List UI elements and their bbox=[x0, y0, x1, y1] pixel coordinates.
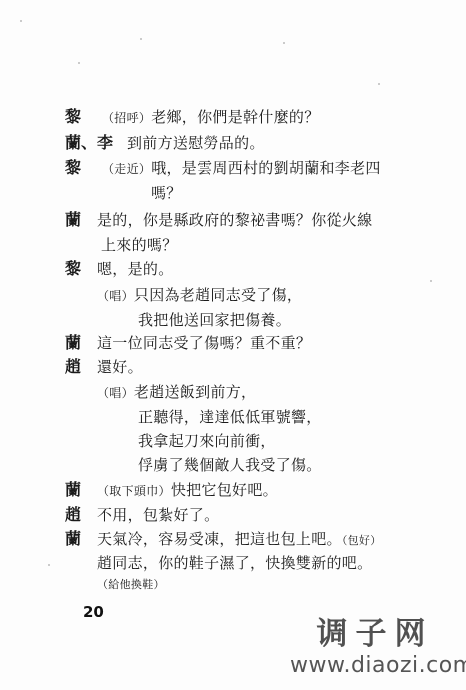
dialogue-text: 我把他送回家把傷養。 bbox=[138, 308, 291, 332]
dialogue-line: 俘虜了幾個敵人我受了傷。 bbox=[0, 453, 466, 477]
dialogue-text: 正聽得，達達低低軍號響， bbox=[138, 405, 322, 429]
dialogue-text: 趙同志，你的鞋子濕了，快換雙新的吧。 bbox=[97, 551, 372, 575]
speaker-label: 趙 bbox=[65, 503, 81, 527]
scan-speck bbox=[283, 42, 285, 44]
dialogue-text: （走近）哦，是雲周西村的劉胡蘭和李老四 bbox=[102, 156, 381, 181]
dialogue-text: 還好。 bbox=[97, 355, 143, 379]
dialogue-line: 嗎？ bbox=[0, 181, 466, 205]
dialogue-text: （唱）老趙送飯到前方， bbox=[97, 380, 256, 405]
dialogue-line: 趙 還好。 bbox=[0, 355, 466, 379]
speaker-label: 蘭 bbox=[65, 527, 81, 551]
dialogue-line: 蘭、李 到前方送慰勞品的。 bbox=[0, 131, 466, 155]
dialogue-line: 蘭 這一位同志受了傷嗎？重不重？ bbox=[0, 331, 466, 355]
dialogue-line: （唱）只因為老趙同志受了傷， bbox=[0, 283, 466, 307]
dialogue-text: 天氣冷，容易受凍，把這也包上吧。（包好） bbox=[97, 527, 382, 553]
dialogue-line: （給他換鞋） bbox=[0, 573, 466, 597]
dialogue-line: 黎 （招呼）老鄉，你們是幹什麼的？ bbox=[0, 105, 466, 129]
dialogue-line: 趙同志，你的鞋子濕了，快換雙新的吧。 bbox=[0, 551, 466, 575]
dialogue-line: 黎 嗯，是的。 bbox=[0, 257, 466, 281]
dialogue-line: 黎 （走近）哦，是雲周西村的劉胡蘭和李老四 bbox=[0, 156, 466, 180]
dialogue-text: （招呼）老鄉，你們是幹什麼的？ bbox=[102, 105, 320, 130]
watermark: 调子网 www.diaozi.com bbox=[290, 615, 460, 679]
speaker-label: 蘭 bbox=[65, 331, 81, 355]
scan-speck bbox=[140, 38, 142, 40]
scan-speck bbox=[378, 83, 380, 85]
dialogue-text: 是的，你是縣政府的黎祕書嗎？你從火線 bbox=[97, 208, 372, 232]
dialogue-text: 不用，包紮好了。 bbox=[97, 503, 219, 527]
dialogue-text: 上來的嗎？ bbox=[101, 233, 178, 257]
speaker-label: 蘭 bbox=[65, 208, 81, 232]
dialogue-line: 正聽得，達達低低軍號響， bbox=[0, 405, 466, 429]
dialogue-line: 蘭 （取下頭巾）快把它包好吧。 bbox=[0, 478, 466, 502]
dialogue-text: （唱）只因為老趙同志受了傷， bbox=[97, 283, 302, 308]
page-number: 20 bbox=[83, 603, 104, 621]
stage-direction: （唱） bbox=[97, 386, 134, 400]
stage-direction: （取下頭巾） bbox=[97, 484, 171, 498]
stage-direction: （給他換鞋） bbox=[97, 573, 165, 597]
dialogue-text: 到前方送慰勞品的。 bbox=[127, 131, 265, 155]
dialogue-line: 上來的嗎？ bbox=[0, 233, 466, 257]
dialogue-line: 蘭 天氣冷，容易受凍，把這也包上吧。（包好） bbox=[0, 527, 466, 551]
speaker-label: 黎 bbox=[65, 105, 81, 129]
dialogue-line: （唱）老趙送飯到前方， bbox=[0, 380, 466, 404]
stage-direction: （走近） bbox=[102, 162, 151, 176]
dialogue-line: 我拿起刀來向前衝， bbox=[0, 429, 466, 453]
dialogue-text: 嗎？ bbox=[151, 181, 182, 205]
stage-direction: （招呼） bbox=[102, 111, 151, 125]
dialogue-line: 我把他送回家把傷養。 bbox=[0, 308, 466, 332]
dialogue-text: （取下頭巾）快把它包好吧。 bbox=[97, 478, 278, 503]
speaker-label: 蘭、李 bbox=[65, 131, 113, 155]
dialogue-text: 這一位同志受了傷嗎？重不重？ bbox=[97, 331, 311, 355]
dialogue-text: 嗯，是的。 bbox=[97, 257, 174, 281]
stage-direction: （包好） bbox=[342, 534, 382, 547]
speaker-label: 黎 bbox=[65, 257, 81, 281]
watermark-url: www.diaozi.com bbox=[290, 653, 460, 679]
scan-speck bbox=[48, 564, 50, 566]
dialogue-line: 蘭 是的，你是縣政府的黎祕書嗎？你從火線 bbox=[0, 208, 466, 232]
dialogue-text: 俘虜了幾個敵人我受了傷。 bbox=[138, 453, 322, 477]
speaker-label: 趙 bbox=[65, 355, 81, 379]
scan-speck bbox=[430, 280, 432, 282]
dialogue-text: 我拿起刀來向前衝， bbox=[138, 429, 276, 453]
speaker-label: 黎 bbox=[65, 156, 81, 180]
scan-speck bbox=[78, 62, 80, 64]
scan-speck bbox=[20, 20, 22, 22]
stage-direction: （唱） bbox=[97, 289, 134, 303]
dialogue-line: 趙 不用，包紮好了。 bbox=[0, 503, 466, 527]
document-page: 黎 （招呼）老鄉，你們是幹什麼的？ 蘭、李 到前方送慰勞品的。 黎 （走近）哦，… bbox=[0, 0, 466, 690]
speaker-label: 蘭 bbox=[65, 478, 81, 502]
watermark-title: 调子网 bbox=[290, 615, 460, 653]
